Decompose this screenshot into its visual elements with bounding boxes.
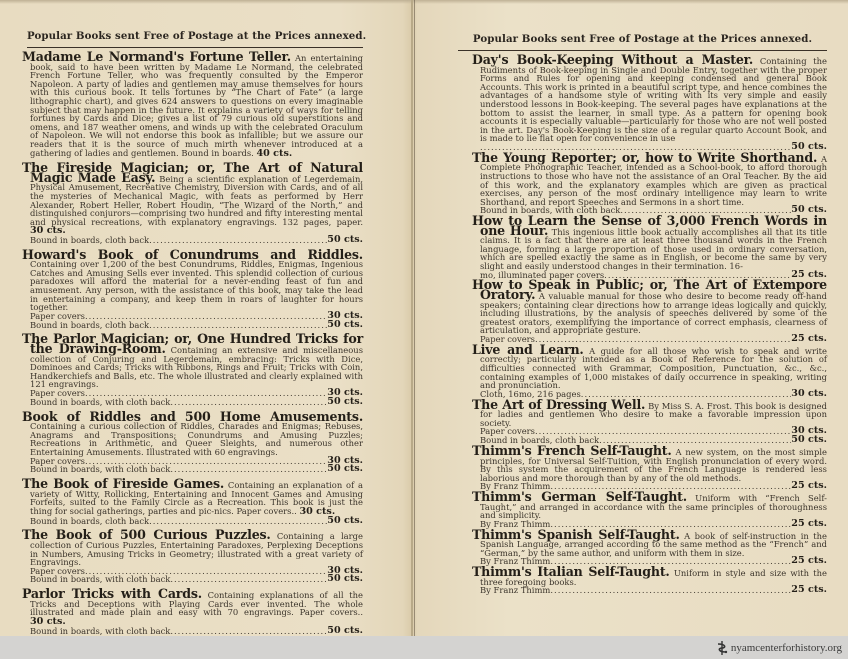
- binding-label: Bound in boards, with cloth back: [30, 465, 170, 474]
- listing-body: Howard's Book of Conundrums and Riddles.…: [22, 251, 363, 312]
- listing-body: Day's Book-Keeping Without a Master. Con…: [472, 56, 827, 143]
- dot-leader: [149, 517, 327, 526]
- book-listing: The Book of 500 Curious Puzzles. Contain…: [22, 531, 363, 584]
- dot-leader: [149, 236, 327, 245]
- book-listing: Thimm's Italian Self-Taught. Uniform in …: [472, 568, 827, 595]
- price: 50 cts.: [327, 517, 363, 526]
- right-entries: Day's Book-Keeping Without a Master. Con…: [472, 56, 827, 595]
- book-spread: Popular Books sent Free of Postage at th…: [0, 0, 848, 636]
- price-line: Bound in boards, cloth back50 cts.: [22, 517, 363, 526]
- book-listing: How to Speak in Public; or, The Art of E…: [472, 281, 827, 343]
- book-description: A Complete Phonographic Teacher, intende…: [480, 154, 827, 207]
- binding-label: Bound in boards, with cloth back: [30, 627, 170, 636]
- page-edge-line: [414, 0, 415, 636]
- running-head-right: Popular Books sent Free of Postage at th…: [458, 0, 827, 51]
- left-page: Popular Books sent Free of Postage at th…: [22, 0, 363, 636]
- price-line: Bound in boards, cloth back50 cts.: [22, 236, 363, 245]
- book-listing: How to Learn the Sense of 3,000 French W…: [472, 217, 827, 279]
- listing-body: The Book of 500 Curious Puzzles. Contain…: [22, 531, 363, 566]
- binding-label: Bound in boards, with cloth back: [30, 575, 170, 584]
- binding-label: Bound in boards, cloth back: [30, 236, 149, 245]
- book-listing: The Young Reporter; or, how to Write Sho…: [472, 154, 827, 215]
- listing-body: Thimm's Italian Self-Taught. Uniform in …: [472, 568, 827, 586]
- dot-leader: [170, 627, 327, 636]
- listing-body: The Young Reporter; or, how to Write Sho…: [472, 154, 827, 207]
- dot-leader: [170, 465, 327, 474]
- book-listing: The Book of Fireside Games. Containing a…: [22, 480, 363, 525]
- book-description: Containing over 1,200 of the best Conund…: [30, 259, 363, 312]
- book-listing: Book of Riddles and 500 Home Amusements.…: [22, 413, 363, 475]
- binding-label: Bound in boards, cloth back: [30, 517, 149, 526]
- book-description: An entertaining book, said to have been …: [30, 53, 363, 158]
- price: 50 cts.: [327, 321, 363, 330]
- listing-body: Book of Riddles and 500 Home Amusements.…: [22, 413, 363, 457]
- book-description: Containing the Rudiments of Book-keeping…: [480, 56, 827, 143]
- listing-body: Live and Learn. A guide for all those wh…: [472, 346, 827, 390]
- price: 25 cts.: [791, 482, 827, 491]
- book-gutter: [411, 0, 413, 636]
- dot-leader: [170, 398, 327, 407]
- binding-label: Bound in boards, cloth back: [30, 321, 149, 330]
- price: 50 cts.: [791, 436, 827, 445]
- price: 25 cts.: [791, 520, 827, 529]
- right-page: Popular Books sent Free of Postage at th…: [472, 0, 827, 636]
- dot-leader: [149, 321, 327, 330]
- price: 25 cts.: [791, 586, 827, 595]
- book-description: Being a scientific explanation of Legerd…: [30, 174, 363, 227]
- book-listing: Parlor Tricks with Cards. Containing exp…: [22, 590, 363, 635]
- book-listing: Thimm's German Self-Taught. Uniform with…: [472, 493, 827, 529]
- book-listing: Howard's Book of Conundrums and Riddles.…: [22, 251, 363, 330]
- listing-body: Thimm's German Self-Taught. Uniform with…: [472, 493, 827, 520]
- caduceus-serpent-icon: [715, 640, 729, 656]
- left-entries: Madame Le Normand's Fortune Teller. An e…: [22, 53, 363, 635]
- price: 25 cts.: [791, 557, 827, 566]
- listing-body: Thimm's Spanish Self-Taught. A book of s…: [472, 531, 827, 558]
- book-listing: Day's Book-Keeping Without a Master. Con…: [472, 56, 827, 152]
- book-listing: Madame Le Normand's Fortune Teller. An e…: [22, 53, 363, 158]
- price: 50 cts.: [327, 627, 363, 636]
- listing-body: The Book of Fireside Games. Containing a…: [22, 480, 363, 516]
- binding-label: By Franz Thimm: [480, 586, 550, 595]
- price-line: By Franz Thimm25 cts.: [472, 586, 827, 595]
- listing-body: How to Learn the Sense of 3,000 French W…: [472, 217, 827, 271]
- price: 40 cts.: [256, 148, 292, 159]
- book-listing: The Fireside Magician; or, The Art of Na…: [22, 164, 363, 245]
- price-line: Bound in boards, cloth back50 cts.: [22, 321, 363, 330]
- price: 25 cts.: [791, 335, 827, 344]
- listing-body: How to Speak in Public; or, The Art of E…: [472, 281, 827, 335]
- listing-body: The Art of Dressing Well. By Miss S. A. …: [472, 401, 827, 428]
- book-listing: The Parlor Magician; or, One Hundred Tri…: [22, 335, 363, 406]
- price: 50 cts.: [327, 398, 363, 407]
- price: 50 cts.: [327, 236, 363, 245]
- dot-leader: [170, 575, 327, 584]
- book-listing: The Art of Dressing Well. By Miss S. A. …: [472, 401, 827, 445]
- price: 50 cts.: [327, 575, 363, 584]
- listing-body: Thimm's French Self-Taught. A new system…: [472, 447, 827, 482]
- price: 50 cts.: [327, 465, 363, 474]
- listing-body: Parlor Tricks with Cards. Containing exp…: [22, 590, 363, 626]
- watermark[interactable]: nyamcenterforhistory.org: [715, 640, 842, 656]
- dot-leader: [550, 586, 791, 595]
- listing-body: The Fireside Magician; or, The Art of Na…: [22, 164, 363, 236]
- book-listing: Live and Learn. A guide for all those wh…: [472, 346, 827, 399]
- price-line: Bound in boards, with cloth back50 cts.: [22, 627, 363, 636]
- listing-body: The Parlor Magician; or, One Hundred Tri…: [22, 335, 363, 389]
- price: 30 cts.: [791, 390, 827, 399]
- book-listing: Thimm's French Self-Taught. A new system…: [472, 447, 827, 491]
- listing-body: Madame Le Normand's Fortune Teller. An e…: [22, 53, 363, 158]
- book-listing: Thimm's Spanish Self-Taught. A book of s…: [472, 531, 827, 567]
- running-head-left: Popular Books sent Free of Postage at th…: [27, 0, 363, 48]
- price-line: Bound in boards, with cloth back50 cts.: [22, 398, 363, 407]
- price-line: Bound in boards, with cloth back50 cts.: [22, 575, 363, 584]
- binding-label: Bound in boards, with cloth back: [30, 398, 170, 407]
- price-line: Bound in boards, with cloth back50 cts.: [22, 465, 363, 474]
- book-description: Containing a curious collection of Riddl…: [30, 421, 363, 457]
- watermark-text: nyamcenterforhistory.org: [731, 642, 842, 654]
